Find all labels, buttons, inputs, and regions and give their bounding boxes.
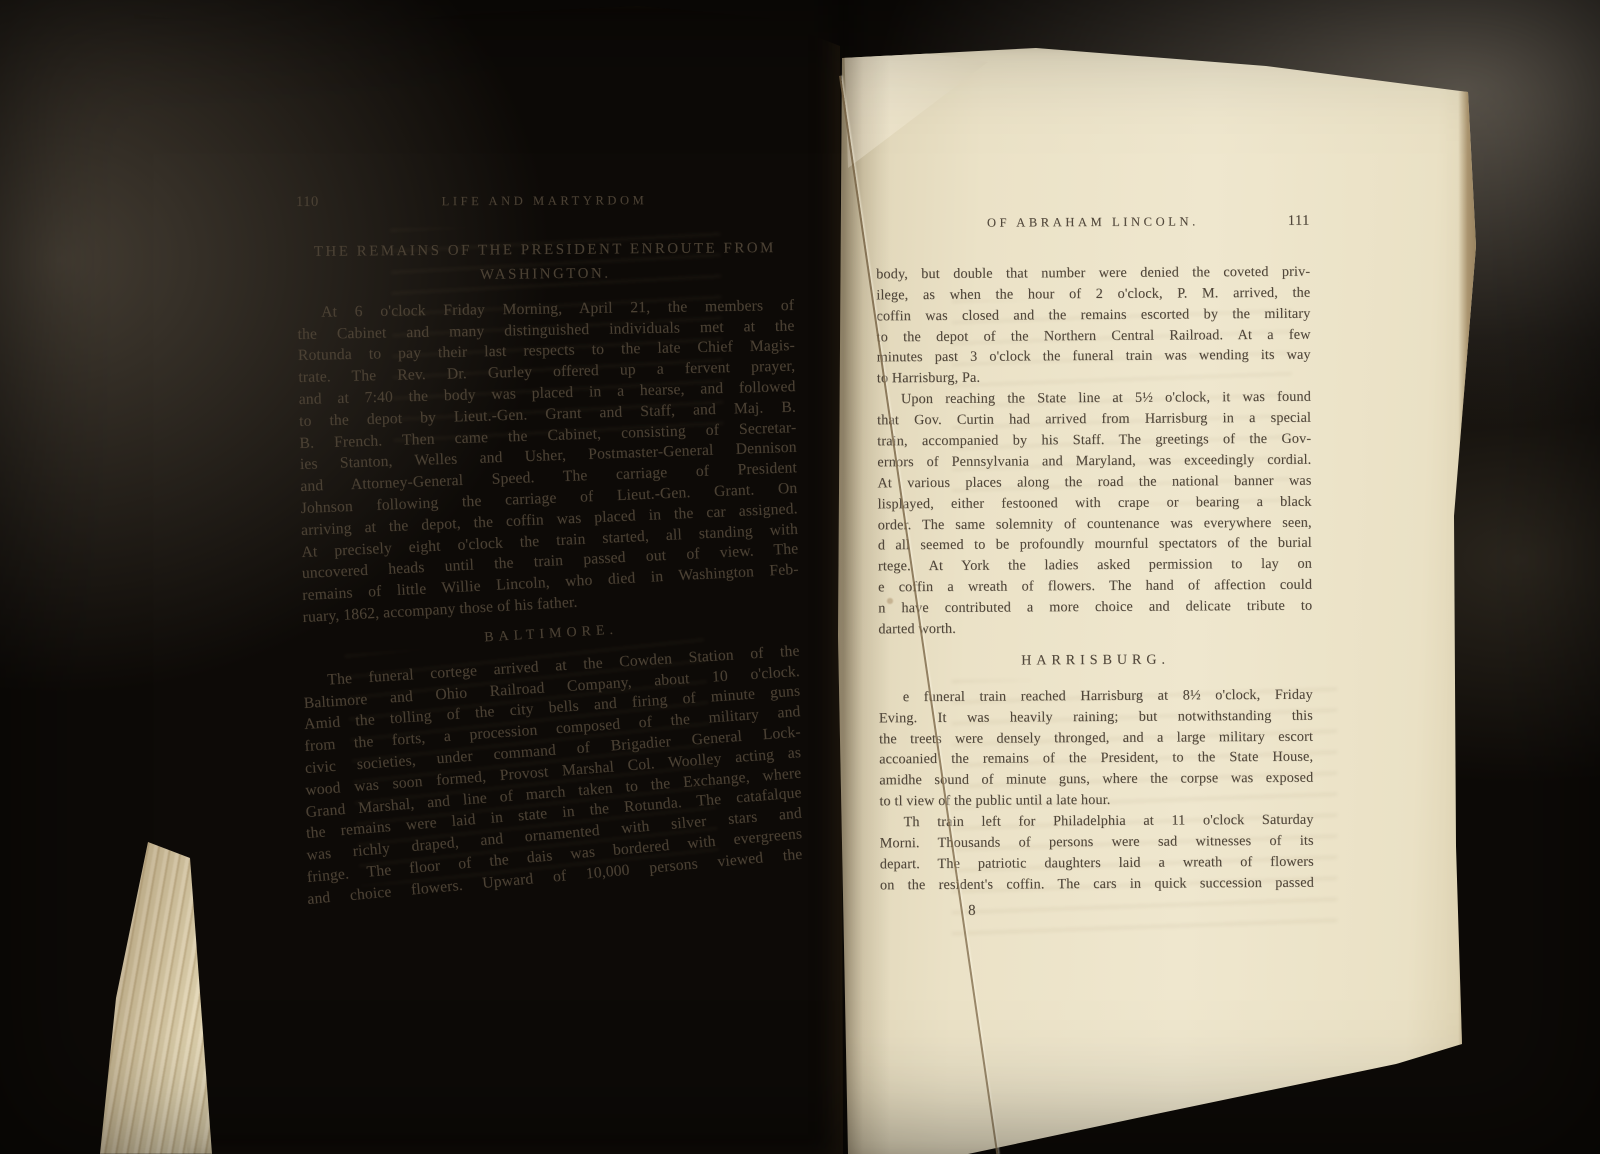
paragraph-philadelphia: Th train left for Philadelphia at 11 o'c…	[879, 810, 1314, 896]
text-line: coffin was closed and the remains escort…	[876, 303, 1310, 327]
text-line: to the depot of the Northern Central Rai…	[877, 324, 1311, 348]
gutter-shadow	[794, 0, 890, 1154]
text-line: At various places along the road the nat…	[877, 470, 1311, 494]
section-heading-harrisburg: HARRISBURG.	[879, 650, 1313, 674]
right-running-header: OF ABRAHAM LINCOLN.	[926, 211, 1260, 234]
text-line: e funeral train reached Harrisburg at 8½…	[879, 684, 1313, 708]
text-line: Morni. Thousands of persons were sad wit…	[880, 831, 1314, 855]
signature-mark: 8	[968, 898, 1314, 921]
paragraph-enroute: At 6 o'clock Friday Morning, April 21, t…	[296, 302, 793, 629]
left-page-number: 110	[296, 192, 346, 214]
text-line: depart. The patriotic daughters laid a w…	[880, 852, 1314, 876]
text-line: e coffin a wreath of flowers. The hand o…	[878, 575, 1312, 599]
text-line: train, accompanied by his Staff. The gre…	[877, 429, 1311, 453]
right-page-number: 111	[1260, 211, 1310, 232]
text-line: ernors of Pennsylvania and Maryland, was…	[877, 450, 1311, 474]
text-line: Th train left for Philadelphia at 11 o'c…	[879, 810, 1313, 834]
left-running-header: LIFE AND MARTYRDOM	[346, 190, 743, 214]
text-line: rtege. At York the ladies asked permissi…	[878, 554, 1312, 578]
text-line: WASHINGTON.	[297, 259, 794, 290]
text-line: darted worth.	[878, 617, 1312, 641]
text-line: body, but double that number were denied…	[876, 262, 1310, 286]
text-line: to Harrisburg, Pa.	[877, 366, 1311, 390]
text-line: accoanied the remains of the President, …	[879, 747, 1313, 771]
text-line: minutes past 3 o'clock the funeral train…	[877, 345, 1311, 369]
section-title: THE REMAINS OF THE PRESIDENT ENROUTE FRO…	[296, 240, 793, 290]
text-line: n have contributed a more choice and del…	[878, 596, 1312, 620]
right-header-row: OF ABRAHAM LINCOLN. 111	[876, 211, 1310, 235]
text-line: Upon reaching the State line at 5½ o'clo…	[877, 387, 1311, 411]
text-line: order. The same solemnity of countenance…	[878, 512, 1312, 536]
right-page-text: OF ABRAHAM LINCOLN. 111 body, but double…	[876, 211, 1314, 922]
text-line: ilege, as when the hour of 2 o'clock, P.…	[876, 282, 1310, 306]
paragraph-stateline: Upon reaching the State line at 5½ o'clo…	[877, 387, 1313, 640]
photo-stage: 110 LIFE AND MARTYRDOM THE REMAINS OF TH…	[0, 0, 1600, 1154]
text-line: the treets were densely thronged, and a …	[879, 726, 1313, 750]
left-page-text: 110 LIFE AND MARTYRDOM THE REMAINS OF TH…	[296, 192, 793, 911]
paragraph-baltimore: The funeral cortege arrived at the Cowde…	[296, 671, 793, 911]
text-line: d all seemed to be profoundly mournful s…	[878, 533, 1312, 557]
text-line: that Gov. Curtin had arrived from Harris…	[877, 408, 1311, 432]
paragraph-continuation: body, but double that number were denied…	[876, 262, 1311, 390]
text-line: on the resident's coffin. The cars in qu…	[880, 872, 1314, 896]
text-line: Eving. It was heavily raining; but notwi…	[879, 705, 1313, 729]
left-header-row: 110 LIFE AND MARTYRDOM	[296, 189, 793, 213]
text-line: lisplayed, either festooned with crape o…	[878, 491, 1312, 515]
spacer	[876, 232, 1310, 265]
